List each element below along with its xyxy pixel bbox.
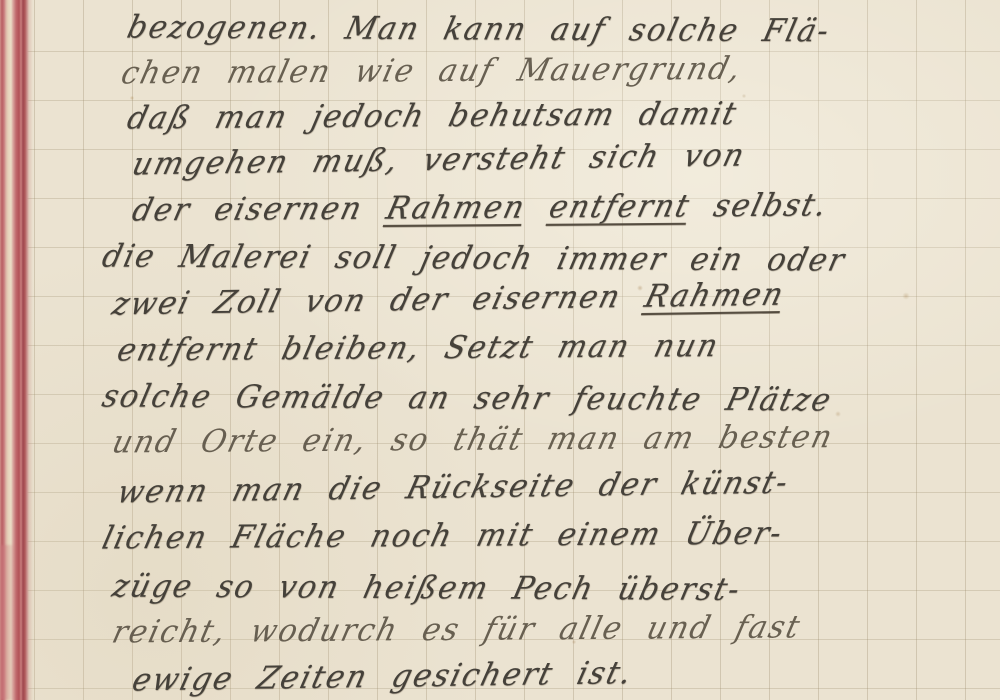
underlined-word: Rahmen bbox=[383, 189, 530, 227]
handwritten-line: ewige Zeiten gesichert ist. bbox=[128, 655, 637, 699]
line-segment: der eisernen bbox=[129, 190, 392, 229]
handwritten-line: entfernt bleiben, Setzt man nun bbox=[114, 328, 724, 369]
handwritten-line: zwei Zoll von der eisernen Rahmen bbox=[108, 276, 788, 323]
handwritten-line: züge so von heißem Pech überst- bbox=[109, 568, 745, 608]
handwritten-line: und Orte ein, so thät man am besten bbox=[109, 419, 838, 461]
line-segment: selbst. bbox=[685, 187, 832, 225]
underlined-word: Rahmen bbox=[641, 276, 789, 315]
notebook-page: bezogenen. Man kann auf solche Flä- chen… bbox=[0, 0, 1000, 700]
binding-ink-smear bbox=[0, 545, 18, 700]
handwritten-line: die Malerei soll jedoch immer ein oder bbox=[99, 238, 850, 279]
handwritten-line: solche Gemälde an sehr feuchte Plätze bbox=[99, 378, 836, 419]
handwritten-line: daß man jedoch behutsam damit bbox=[124, 96, 742, 137]
handwritten-line: lichen Fläche noch mit einem Über- bbox=[99, 515, 788, 557]
handwritten-line: wenn man die Rückseite der künst- bbox=[113, 464, 793, 511]
handwritten-line: chen malen wie auf Mauergrund, bbox=[118, 51, 747, 92]
handwritten-line: reicht, wodurch es für alle und fast bbox=[109, 609, 806, 651]
underlined-word: entfernt bbox=[545, 188, 694, 226]
line-segment: zwei Zoll von der eisernen bbox=[108, 278, 650, 323]
handwritten-line: der eisernen Rahmen entfernt selbst. bbox=[129, 187, 833, 229]
handwritten-line: umgehen muß, versteht sich von bbox=[128, 137, 749, 183]
handwritten-line: bezogenen. Man kann auf solche Flä- bbox=[124, 9, 834, 50]
